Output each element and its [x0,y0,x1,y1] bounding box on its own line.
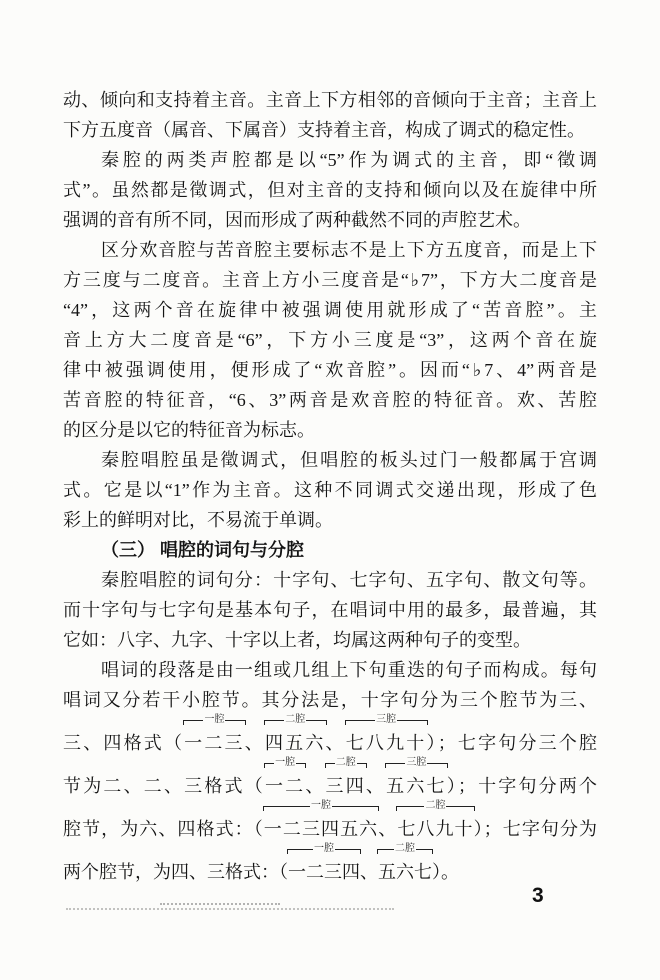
bracket-overline: 三腔 [345,720,428,732]
bracket-tick [325,763,326,768]
bracketed-phrase: 三腔七八九十 [346,733,427,753]
text-line: 唱词的段落是由一组或几组上下句重迭的句子而构成。每句 [63,655,597,685]
bracket-tick [305,763,306,768]
bracketed-phrase: 一腔一二三四五六 [264,819,378,839]
text-line: 律中被强调使用，便形成了“欢音腔”。因而“♭7、4”两音是 [63,355,597,385]
bracketed-text: 四五六 [265,733,326,753]
bracketed-phrase: 三腔五六七 [386,776,447,796]
bracket-overline: 二腔 [396,806,474,818]
bracketed-phrase: 二腔三四 [326,776,366,796]
bracket-tick [427,720,428,725]
bracket-overline: 二腔 [325,763,367,775]
bracket-tick [396,806,397,811]
bracket-label: 二腔 [284,715,306,725]
bracket-line [378,849,394,850]
text-line: 秦腔的两类声腔都是以“5”作为调式的主音，即“徵调 [63,145,597,175]
bracket-line [357,763,366,764]
text-line: 区分欢音腔与苦音腔主要标志不是上下方五度音，而是上下 [63,235,597,265]
bracket-line [416,849,432,850]
bracket-tick [377,849,378,854]
bracket-tick [345,720,346,725]
bracket-line [184,720,203,721]
text-segment: 、 [360,862,378,882]
text-line: 秦腔唱腔的词句分：十字句、七字句、五字句、散文句等。 [63,565,597,595]
bracketed-text: 一二三四五六 [264,819,378,839]
bracketed-text: 一二三 [184,733,245,753]
bracket-line [397,806,424,807]
scanned-page: 动、倾向和支持着主音。主音上下方相邻的音倾向于主音；主音上下方五度音（属音、下属… [0,0,660,980]
text-line: 式。它是以“1”作为主音。这种不同调式交递出现，形成了色 [63,475,597,505]
bracket-line [346,720,375,721]
page-body: 动、倾向和支持着主音。主音上下方相邻的音倾向于主音；主音上下方五度音（属音、下属… [63,85,597,887]
bracketed-phrase: 二腔五六七 [378,862,432,882]
bracketed-text: 一二三四 [288,862,360,882]
bracket-tick [385,763,386,768]
text-line: 而十字句与七字句是基本句子，在唱词中用的最多，最普遍，其 [63,595,597,625]
bracket-overline: 三腔 [385,763,448,775]
bracketed-phrase: 二腔七八九十 [397,819,473,839]
text-line: 秦腔唱腔虽是徵调式，但唱腔的板头过门一般都属于宫调 [63,445,597,475]
text-segment: 、 [326,733,346,753]
bracket-tick [264,763,265,768]
bracket-tick [287,849,288,854]
bracket-line [306,720,325,721]
text-line: 方三度与二度音。主音上方小三度音是“♭7”，下方大二度音是 [63,265,597,295]
bracket-line [326,763,335,764]
text-line: 彩上的鲜明对比，不易流于单调。 [63,505,597,535]
bracket-tick [263,806,264,811]
bracketed-phrase: 一腔一二三四 [288,862,360,882]
bracket-overline: 一腔 [263,806,379,818]
bracket-line [386,763,405,764]
text-line: 动、倾向和支持着主音。主音上下方相邻的音倾向于主音；主音上 [63,85,597,115]
bracket-label: 二腔 [394,844,416,854]
bracket-line [296,763,305,764]
bracket-tick [447,763,448,768]
text-segment: 两个腔节，为四、三格式：（ [63,862,288,882]
bracket-tick [366,763,367,768]
text-line: 三、四格式（一腔一二三、二腔四五六、三腔七八九十）；七字句分三个腔 [63,715,597,758]
text-line: 唱词又分若干小腔节。其分法是，十字句分为三个腔节为三、 [63,685,597,715]
text-line: 苦音腔的特征音，“6、3”两音是欢音腔的特征音。欢、苦腔 [63,385,597,415]
bracketed-text: 七八九十 [346,733,427,753]
bracketed-text: 五六七 [378,862,432,882]
scan-noise [66,908,394,910]
bracket-line [446,806,473,807]
bracket-line [397,720,426,721]
text-segment: 、 [245,733,265,753]
bracket-label: 三腔 [405,758,427,768]
bracket-line [225,720,244,721]
bracket-tick [474,806,475,811]
bracket-overline: 二腔 [377,849,433,861]
bracket-line [335,849,360,850]
text-line: 腔节，为六、四格式：（一腔一二三四五六、二腔七八九十）；七字句分为 [63,801,597,844]
bracket-label: 一腔 [310,801,332,811]
text-segment: 节为二、二、三格式（ [63,776,265,796]
bracket-line [265,763,274,764]
text-segment: ）。 [432,862,459,882]
text-segment: ）；十字句分两个 [447,776,597,796]
bracketed-text: 三四 [326,776,366,796]
bracket-tick [378,806,379,811]
bracket-label: 一腔 [313,844,335,854]
text-segment: 三、四格式（ [63,733,184,753]
bracket-overline: 二腔 [264,720,327,732]
text-line: 节为二、二、三格式（一腔一二、二腔三四、三腔五六七）；十字句分两个 [63,758,597,801]
bracket-overline: 一腔 [264,763,306,775]
bracket-overline: 一腔 [183,720,246,732]
text-segment: 、 [378,819,397,839]
text-segment: 腔节，为六、四格式：（ [63,819,264,839]
text-segment: 、 [305,776,325,796]
bracket-label: 一腔 [203,715,225,725]
section-heading: （三） 唱腔的词句与分腔 [63,535,597,565]
bracket-tick [245,720,246,725]
bracket-label: 三腔 [375,715,397,725]
text-line: 下方五度音（属音、下属音）支持着主音，构成了调式的稳定性。 [63,115,597,145]
bracket-tick [360,849,361,854]
text-segment: ）；七字句分三个腔 [427,733,598,753]
bracket-line [264,806,310,807]
scan-noise [160,903,280,905]
bracket-line [427,763,446,764]
bracket-line [332,806,378,807]
bracketed-phrase: 一腔一二三 [184,733,245,753]
bracket-label: 二腔 [424,801,446,811]
bracket-tick [264,720,265,725]
text-line: 强调的音有所不同，因而形成了两种截然不同的声腔艺术。 [63,205,597,235]
bracket-label: 一腔 [274,758,296,768]
bracketed-text: 五六七 [386,776,447,796]
bracket-line [288,849,313,850]
text-line: 式”。虽然都是徵调式，但对主音的支持和倾向以及在旋律中所 [63,175,597,205]
bracketed-phrase: 一腔一二 [265,776,305,796]
text-line: “4”，这两个音在旋律中被强调使用就形成了“苦音腔”。主 [63,295,597,325]
bracket-tick [326,720,327,725]
text-line: 的区分是以它的特征音为标志。 [63,415,597,445]
bracket-tick [183,720,184,725]
bracketed-phrase: 二腔四五六 [265,733,326,753]
text-line: 它如：八字、九字、十字以上者，均属这两种句子的变型。 [63,625,597,655]
bracket-overline: 一腔 [287,849,361,861]
bracketed-text: 七八九十 [397,819,473,839]
bracket-line [265,720,284,721]
text-segment: ）；七字句分为 [474,819,597,839]
text-segment: 、 [366,776,386,796]
text-line: 两个腔节，为四、三格式：（一腔一二三四、二腔五六七）。 [63,844,597,887]
bracketed-text: 一二 [265,776,305,796]
bracket-tick [432,849,433,854]
bracket-label: 二腔 [335,758,357,768]
page-number: 3 [532,884,544,908]
text-line: 音上方大二度音是“6”，下方小三度是“3”，这两个音在旋 [63,325,597,355]
